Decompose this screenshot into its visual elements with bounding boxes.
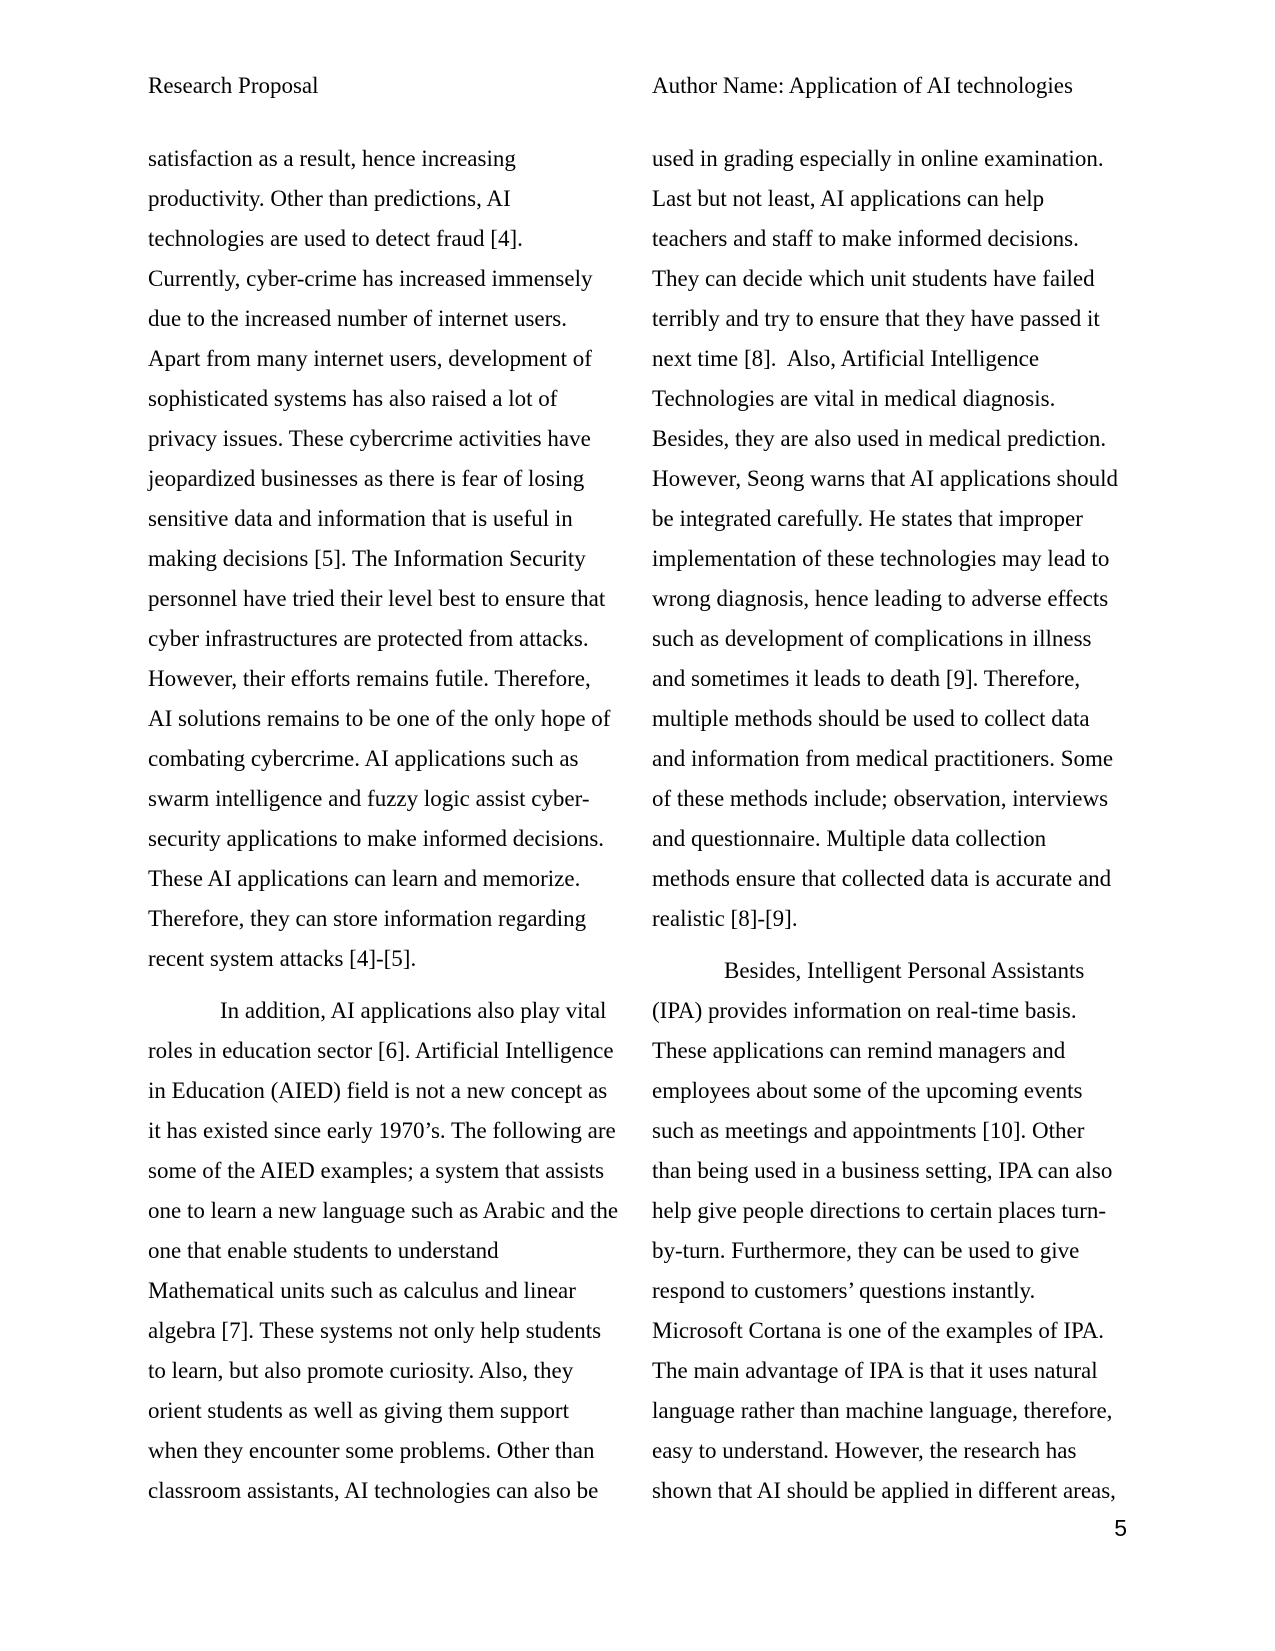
paragraph: satisfaction as a result, hence increasi…	[148, 139, 618, 979]
text-line: teachers and staff to make informed deci…	[652, 219, 1122, 259]
text-line: classroom assistants, AI technologies ca…	[148, 1471, 618, 1511]
text-line: multiple methods should be used to colle…	[652, 699, 1122, 739]
text-line: respond to customers’ questions instantl…	[652, 1271, 1122, 1311]
text-line: (IPA) provides information on real-time …	[652, 991, 1122, 1031]
text-line: sophisticated systems has also raised a …	[148, 379, 618, 419]
text-line: recent system attacks [4]-[5].	[148, 939, 618, 979]
text-line: These applications can remind managers a…	[652, 1031, 1122, 1071]
text-line: next time [8]. Also, Artificial Intellig…	[652, 339, 1122, 379]
text-line: by-turn. Furthermore, they can be used t…	[652, 1231, 1122, 1271]
text-line: Besides, Intelligent Personal Assistants	[652, 951, 1122, 991]
text-line: productivity. Other than predictions, AI	[148, 179, 618, 219]
text-line: it has existed since early 1970’s. The f…	[148, 1111, 618, 1151]
text-line: such as development of complications in …	[652, 619, 1122, 659]
text-line: Apart from many internet users, developm…	[148, 339, 618, 379]
text-line: Microsoft Cortana is one of the examples…	[652, 1311, 1122, 1351]
text-line: Last but not least, AI applications can …	[652, 179, 1122, 219]
text-line: employees about some of the upcoming eve…	[652, 1071, 1122, 1111]
text-line: terribly and try to ensure that they hav…	[652, 299, 1122, 339]
text-line: satisfaction as a result, hence increasi…	[148, 139, 618, 179]
text-line: privacy issues. These cybercrime activit…	[148, 419, 618, 459]
text-line: These AI applications can learn and memo…	[148, 859, 618, 899]
text-line: shown that AI should be applied in diffe…	[652, 1471, 1122, 1511]
text-line: sensitive data and information that is u…	[148, 499, 618, 539]
text-line: Therefore, they can store information re…	[148, 899, 618, 939]
text-line: of these methods include; observation, i…	[652, 779, 1122, 819]
text-line: swarm intelligence and fuzzy logic assis…	[148, 779, 618, 819]
text-line: and sometimes it leads to death [9]. The…	[652, 659, 1122, 699]
text-column-right: used in grading especially in online exa…	[652, 139, 1122, 1511]
text-line: However, Seong warns that AI application…	[652, 459, 1122, 499]
page-header: Research Proposal Author Name: Applicati…	[148, 73, 1127, 103]
text-line: AI solutions remains to be one of the on…	[148, 699, 618, 739]
text-line: algebra [7]. These systems not only help…	[148, 1311, 618, 1351]
text-line: technologies are used to detect fraud [4…	[148, 219, 618, 259]
text-line: The main advantage of IPA is that it use…	[652, 1351, 1122, 1391]
text-line: realistic [8]-[9].	[652, 899, 1122, 939]
text-line: one to learn a new language such as Arab…	[148, 1191, 618, 1231]
text-line: roles in education sector [6]. Artificia…	[148, 1031, 618, 1071]
text-line: They can decide which unit students have…	[652, 259, 1122, 299]
text-line: in Education (AIED) field is not a new c…	[148, 1071, 618, 1111]
text-line: combating cybercrime. AI applications su…	[148, 739, 618, 779]
text-line: help give people directions to certain p…	[652, 1191, 1122, 1231]
text-line: making decisions [5]. The Information Se…	[148, 539, 618, 579]
text-line: cyber infrastructures are protected from…	[148, 619, 618, 659]
text-line: wrong diagnosis, hence leading to advers…	[652, 579, 1122, 619]
text-line: Mathematical units such as calculus and …	[148, 1271, 618, 1311]
text-line: language rather than machine language, t…	[652, 1391, 1122, 1431]
text-line: when they encounter some problems. Other…	[148, 1431, 618, 1471]
text-line: to learn, but also promote curiosity. Al…	[148, 1351, 618, 1391]
text-line: than being used in a business setting, I…	[652, 1151, 1122, 1191]
text-line: and questionnaire. Multiple data collect…	[652, 819, 1122, 859]
text-line: Currently, cyber-crime has increased imm…	[148, 259, 618, 299]
text-line: some of the AIED examples; a system that…	[148, 1151, 618, 1191]
text-line: orient students as well as giving them s…	[148, 1391, 618, 1431]
text-line: be integrated carefully. He states that …	[652, 499, 1122, 539]
paragraph: In addition, AI applications also play v…	[148, 991, 618, 1511]
text-line: and information from medical practitione…	[652, 739, 1122, 779]
text-line: In addition, AI applications also play v…	[148, 991, 618, 1031]
paragraph: Besides, Intelligent Personal Assistants…	[652, 951, 1122, 1511]
text-line: However, their efforts remains futile. T…	[148, 659, 618, 699]
text-line: security applications to make informed d…	[148, 819, 618, 859]
text-line: jeopardized businesses as there is fear …	[148, 459, 618, 499]
text-line: methods ensure that collected data is ac…	[652, 859, 1122, 899]
page-number: 5	[1114, 1515, 1127, 1542]
text-line: Besides, they are also used in medical p…	[652, 419, 1122, 459]
text-line: easy to understand. However, the researc…	[652, 1431, 1122, 1471]
text-line: such as meetings and appointments [10]. …	[652, 1111, 1122, 1151]
paragraph: used in grading especially in online exa…	[652, 139, 1122, 939]
header-author-title: Author Name: Application of AI technolog…	[652, 73, 1073, 99]
text-line: one that enable students to understand	[148, 1231, 618, 1271]
document-page: Research Proposal Author Name: Applicati…	[0, 0, 1275, 1651]
text-line: Technologies are vital in medical diagno…	[652, 379, 1122, 419]
text-line: personnel have tried their level best to…	[148, 579, 618, 619]
header-document-title: Research Proposal	[148, 73, 319, 99]
text-line: due to the increased number of internet …	[148, 299, 618, 339]
text-column-left: satisfaction as a result, hence increasi…	[148, 139, 618, 1511]
text-line: implementation of these technologies may…	[652, 539, 1122, 579]
text-line: used in grading especially in online exa…	[652, 139, 1122, 179]
